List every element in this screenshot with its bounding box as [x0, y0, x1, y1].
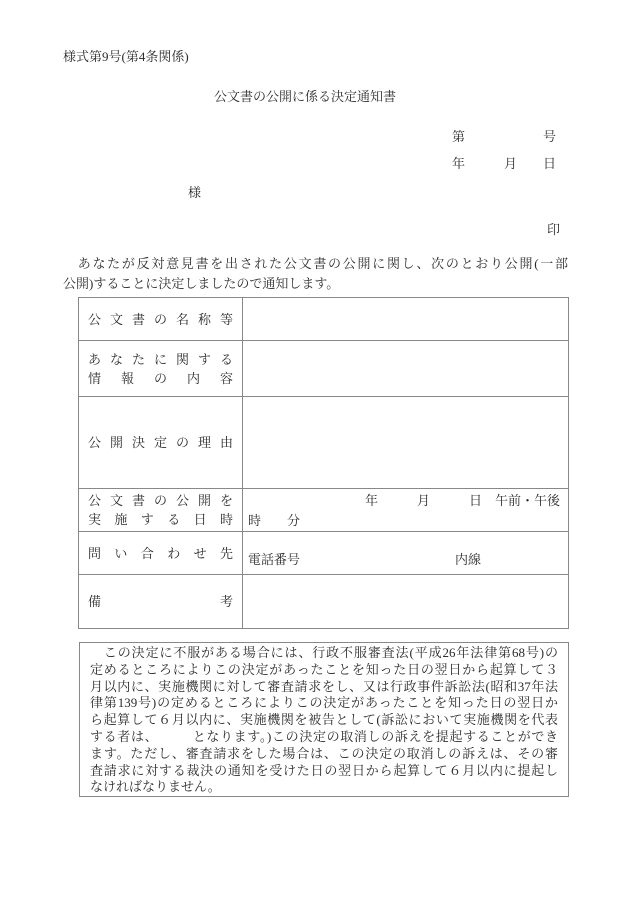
remarks-label: 備 考: [88, 592, 233, 611]
appeal-notice-line-8: 査請求に対する裁決の通知を受けた日の翌日から起算して６月以内に提起し: [90, 763, 558, 780]
disclosure-datetime-label-line-2: 実施する日時: [88, 510, 233, 529]
table-row-document-name: 公文書の名称等: [79, 298, 569, 341]
document-title: 公文書の公開に係る決定通知書: [0, 86, 610, 105]
decision-details-table: 公文書の名称等 あなたに関する 情報の内容 公開決定の理由 公文書の公開を 実施…: [78, 297, 569, 629]
table-row-personal-information: あなたに関する 情報の内容: [79, 341, 569, 397]
contact-phone-line: 電話番号内線: [248, 549, 568, 568]
appeal-notice-line-9: なければなりません。: [90, 779, 558, 796]
appeal-notice-line-5: ら起算して６月以内に、実施機関を被告として(訴訟において実施機関を代表: [90, 712, 558, 729]
personal-information-label-line-2: 情報の内容: [88, 369, 233, 388]
date-blank-line: 年 月 日: [452, 153, 556, 172]
contact-value-cell: 電話番号内線: [243, 532, 569, 575]
datetime-date-blank-line: 年 月 日 午前・午後: [243, 489, 568, 511]
disclosure-reason-label: 公開決定の理由: [88, 433, 233, 452]
disclosure-reason-label-cell: 公開決定の理由: [79, 397, 243, 489]
appeal-notice-box: この決定に不服がある場合には、行政不服審査法(平成26年法律第68号)の 定める…: [79, 642, 569, 797]
document-name-label-cell: 公文書の名称等: [79, 298, 243, 341]
personal-information-label-line-1: あなたに関する: [88, 350, 233, 369]
appeal-notice-line-3: 月以内に、実施機関に対して審査請求をし、又は行政事件訴訟法(昭和37年法: [90, 679, 558, 696]
appeal-notice-line-7: ます。ただし、審査請求をした場合は、この決定の取消しの訴えは、その審: [90, 746, 558, 763]
contact-label-cell: 問い合わせ先: [79, 532, 243, 575]
extension-label: 内線: [455, 552, 481, 567]
datetime-time-blank-line: 時 分: [243, 511, 568, 531]
disclosure-datetime-value-cell: 年 月 日 午前・午後 時 分: [243, 489, 569, 532]
intro-line-2: 公開)することに決定しましたので通知します。: [63, 274, 568, 294]
table-row-disclosure-reason: 公開決定の理由: [79, 397, 569, 489]
personal-information-value-cell: [243, 341, 569, 397]
appeal-notice-line-6: する者は、 となります。)この決定の取消しの訴えを提起することができ: [90, 729, 558, 746]
intro-paragraph: あなたが反対意見書を出された公文書の公開に関し、次のとおり公開(一部 公開)する…: [63, 254, 568, 294]
addressee-honorific: 様: [188, 182, 201, 201]
table-row-disclosure-datetime: 公文書の公開を 実施する日時 年 月 日 午前・午後 時 分: [79, 489, 569, 532]
document-name-value-cell: [243, 298, 569, 341]
disclosure-datetime-label-cell: 公文書の公開を 実施する日時: [79, 489, 243, 532]
document-name-label: 公文書の名称等: [88, 310, 233, 329]
personal-information-label-cell: あなたに関する 情報の内容: [79, 341, 243, 397]
seal-mark: 印: [547, 219, 560, 238]
disclosure-reason-value-cell: [243, 397, 569, 489]
table-row-contact: 問い合わせ先 電話番号内線: [79, 532, 569, 575]
contact-label: 問い合わせ先: [88, 544, 233, 563]
remarks-label-cell: 備 考: [79, 575, 243, 629]
intro-line-1: あなたが反対意見書を出された公文書の公開に関し、次のとおり公開(一部: [63, 254, 568, 274]
disclosure-datetime-label-line-1: 公文書の公開を: [88, 491, 233, 510]
appeal-notice-line-1: この決定に不服がある場合には、行政不服審査法(平成26年法律第68号)の: [90, 645, 558, 662]
appeal-notice-line-2: 定めるところによりこの決定があったことを知った日の翌日から起算して３: [90, 662, 558, 679]
remarks-value-cell: [243, 575, 569, 629]
table-row-remarks: 備 考: [79, 575, 569, 629]
form-number: 様式第9号(第4条関係): [63, 46, 189, 65]
phone-number-label: 電話番号: [248, 552, 300, 567]
document-page: 様式第9号(第4条関係) 公文書の公開に係る決定通知書 第 号 年 月 日 様 …: [0, 0, 630, 903]
document-number-blank-line: 第 号: [452, 126, 556, 145]
appeal-notice-line-4: 律第139号)の定めるところによりこの決定があったことを知った日の翌日か: [90, 695, 558, 712]
